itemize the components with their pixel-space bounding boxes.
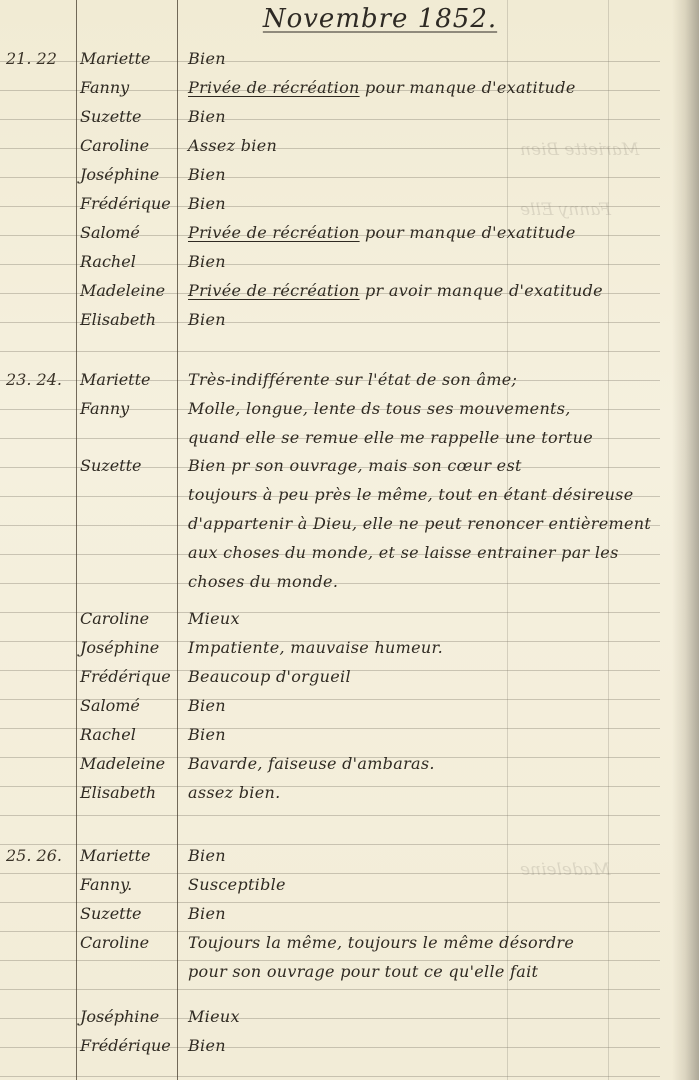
remark-text: pour manque d'exatitude bbox=[360, 223, 576, 242]
ledger-row: pour son ouvrage pour tout ce qu'elle fa… bbox=[0, 958, 690, 987]
student-name: Mariette bbox=[80, 49, 176, 68]
ledger-row: d'appartenir à Dieu, elle ne peut renonc… bbox=[0, 510, 690, 539]
remark-text: Bien bbox=[188, 49, 226, 68]
ledger-row: FrédériqueBien bbox=[0, 1032, 690, 1061]
remark-text: assez bien. bbox=[188, 783, 280, 802]
conduct-remark: Privée de récréation pour manque d'exati… bbox=[188, 223, 678, 242]
conduct-remark: Très-indifférente sur l'état de son âme; bbox=[188, 370, 678, 389]
conduct-remark: Bien bbox=[188, 1036, 678, 1055]
remark-text: quand elle se remue elle me rappelle une… bbox=[188, 428, 593, 447]
remark-text: Bavarde, faiseuse d'ambaras. bbox=[188, 754, 435, 773]
ruled-line bbox=[0, 351, 660, 352]
student-name: Elisabeth bbox=[80, 783, 176, 802]
student-name: Salomé bbox=[80, 223, 176, 242]
student-name: Rachel bbox=[80, 725, 176, 744]
remark-text: Beaucoup d'orgueil bbox=[188, 667, 351, 686]
remark-text: Très-indifférente sur l'état de son âme; bbox=[188, 370, 517, 389]
remark-text: Susceptible bbox=[188, 875, 286, 894]
remark-text: Bien bbox=[188, 904, 226, 923]
conduct-remark: Impatiente, mauvaise humeur. bbox=[188, 638, 678, 657]
ledger-row: MadeleineBavarde, faiseuse d'ambaras. bbox=[0, 750, 690, 779]
remark-text: d'appartenir à Dieu, elle ne peut renonc… bbox=[188, 514, 651, 533]
ledger-row: toujours à peu près le même, tout en éta… bbox=[0, 481, 690, 510]
remark-text: Bien bbox=[188, 194, 226, 213]
student-name: Joséphine bbox=[80, 1007, 176, 1026]
remark-text: choses du monde. bbox=[188, 572, 338, 591]
conduct-remark: Privée de récréation pr avoir manque d'e… bbox=[188, 281, 678, 300]
ledger-row: SaloméBien bbox=[0, 692, 690, 721]
student-name: Madeleine bbox=[80, 281, 176, 300]
conduct-remark: Privée de récréation pour manque d'exati… bbox=[188, 78, 678, 97]
conduct-remark: Bien bbox=[188, 49, 678, 68]
ledger-row: RachelBien bbox=[0, 248, 690, 277]
remark-text: pour son ouvrage pour tout ce qu'elle fa… bbox=[188, 962, 538, 981]
student-name: Frédérique bbox=[80, 1036, 176, 1055]
conduct-remark: Bien bbox=[188, 165, 678, 184]
student-name: Caroline bbox=[80, 609, 176, 628]
conduct-remark: Bien bbox=[188, 904, 678, 923]
ruled-line bbox=[0, 1076, 660, 1077]
ledger-row: CarolineAssez bien bbox=[0, 132, 690, 161]
ledger-row: choses du monde. bbox=[0, 568, 690, 597]
conduct-remark: Mieux bbox=[188, 1007, 678, 1026]
remark-text: pr avoir manque d'exatitude bbox=[360, 281, 603, 300]
student-name: Fanny bbox=[80, 399, 176, 418]
student-name: Mariette bbox=[80, 370, 176, 389]
ruled-line bbox=[0, 989, 660, 990]
remark-text: Assez bien bbox=[188, 136, 277, 155]
ledger-row: RachelBien bbox=[0, 721, 690, 750]
conduct-remark: Susceptible bbox=[188, 875, 678, 894]
remark-text: Bien bbox=[188, 310, 226, 329]
conduct-remark: choses du monde. bbox=[188, 572, 678, 591]
conduct-remark: Bien pr son ouvrage, mais son cœur est bbox=[188, 456, 678, 475]
page-title: Novembre 1852. bbox=[250, 4, 510, 34]
conduct-remark: Bavarde, faiseuse d'ambaras. bbox=[188, 754, 678, 773]
ledger-row: FrédériqueBeaucoup d'orgueil bbox=[0, 663, 690, 692]
remark-text: Bien bbox=[188, 1036, 226, 1055]
student-name: Elisabeth bbox=[80, 310, 176, 329]
ledger-row: 25. 26.MarietteBien bbox=[0, 842, 690, 871]
conduct-remark: aux choses du monde, et se laisse entrai… bbox=[188, 543, 678, 562]
ledger-row: SuzetteBien bbox=[0, 900, 690, 929]
ledger-row: CarolineMieux bbox=[0, 605, 690, 634]
entry-date: 23. 24. bbox=[6, 370, 76, 389]
student-name: Suzette bbox=[80, 904, 176, 923]
remark-text: toujours à peu près le même, tout en éta… bbox=[188, 485, 633, 504]
remark-text: aux choses du monde, et se laisse entrai… bbox=[188, 543, 619, 562]
remark-text: Toujours la même, toujours le même désor… bbox=[188, 933, 574, 952]
ledger-row: quand elle se remue elle me rappelle une… bbox=[0, 424, 690, 453]
conduct-remark: Bien bbox=[188, 846, 678, 865]
ledger-row: Elisabethassez bien. bbox=[0, 779, 690, 808]
remark-text: Bien bbox=[188, 696, 226, 715]
conduct-remark: Molle, longue, lente ds tous ses mouveme… bbox=[188, 399, 678, 418]
student-name: Salomé bbox=[80, 696, 176, 715]
ledger-row: 21. 22MarietteBien bbox=[0, 45, 690, 74]
student-name: Joséphine bbox=[80, 638, 176, 657]
ledger-row: JoséphineMieux bbox=[0, 1003, 690, 1032]
remark-underlined: Privée de récréation bbox=[188, 281, 360, 300]
ledger-page: Mariette Bien Fanny Elle Madeleine Novem… bbox=[0, 0, 699, 1080]
remark-text: Bien bbox=[188, 252, 226, 271]
ledger-row: 23. 24.MarietteTrès-indifférente sur l'é… bbox=[0, 366, 690, 395]
remark-text: Bien bbox=[188, 725, 226, 744]
conduct-remark: Bien bbox=[188, 194, 678, 213]
student-name: Fanny. bbox=[80, 875, 176, 894]
conduct-remark: assez bien. bbox=[188, 783, 678, 802]
ledger-row: MadeleinePrivée de récréation pr avoir m… bbox=[0, 277, 690, 306]
conduct-remark: Bien bbox=[188, 725, 678, 744]
student-name: Suzette bbox=[80, 107, 176, 126]
ledger-row: JoséphineBien bbox=[0, 161, 690, 190]
conduct-remark: Beaucoup d'orgueil bbox=[188, 667, 678, 686]
remark-underlined: Privée de récréation bbox=[188, 78, 360, 97]
ledger-row: FannyPrivée de récréation pour manque d'… bbox=[0, 74, 690, 103]
conduct-remark: Toujours la même, toujours le même désor… bbox=[188, 933, 678, 952]
ledger-row: FannyMolle, longue, lente ds tous ses mo… bbox=[0, 395, 690, 424]
conduct-remark: Bien bbox=[188, 252, 678, 271]
entry-date: 21. 22 bbox=[6, 49, 76, 68]
remark-text: pour manque d'exatitude bbox=[360, 78, 576, 97]
conduct-remark: d'appartenir à Dieu, elle ne peut renonc… bbox=[188, 514, 678, 533]
conduct-remark: toujours à peu près le même, tout en éta… bbox=[188, 485, 678, 504]
student-name: Frédérique bbox=[80, 667, 176, 686]
remark-text: Mieux bbox=[188, 1007, 240, 1026]
ledger-row: SuzetteBien bbox=[0, 103, 690, 132]
ledger-row: CarolineToujours la même, toujours le mê… bbox=[0, 929, 690, 958]
conduct-remark: Bien bbox=[188, 107, 678, 126]
student-name: Caroline bbox=[80, 933, 176, 952]
remark-text: Bien bbox=[188, 107, 226, 126]
remark-underlined: Privée de récréation bbox=[188, 223, 360, 242]
student-name: Suzette bbox=[80, 456, 176, 475]
conduct-remark: quand elle se remue elle me rappelle une… bbox=[188, 428, 678, 447]
student-name: Madeleine bbox=[80, 754, 176, 773]
student-name: Caroline bbox=[80, 136, 176, 155]
ledger-row: SaloméPrivée de récréation pour manque d… bbox=[0, 219, 690, 248]
remark-text: Molle, longue, lente ds tous ses mouveme… bbox=[188, 399, 571, 418]
conduct-remark: Assez bien bbox=[188, 136, 678, 155]
student-name: Mariette bbox=[80, 846, 176, 865]
ruled-line bbox=[0, 815, 660, 816]
ledger-row: FrédériqueBien bbox=[0, 190, 690, 219]
conduct-remark: Bien bbox=[188, 310, 678, 329]
student-name: Joséphine bbox=[80, 165, 176, 184]
conduct-remark: pour son ouvrage pour tout ce qu'elle fa… bbox=[188, 962, 678, 981]
ledger-row: aux choses du monde, et se laisse entrai… bbox=[0, 539, 690, 568]
remark-text: Mieux bbox=[188, 609, 240, 628]
conduct-remark: Bien bbox=[188, 696, 678, 715]
student-name: Frédérique bbox=[80, 194, 176, 213]
ledger-row: Fanny.Susceptible bbox=[0, 871, 690, 900]
conduct-remark: Mieux bbox=[188, 609, 678, 628]
remark-text: Impatiente, mauvaise humeur. bbox=[188, 638, 443, 657]
student-name: Fanny bbox=[80, 78, 176, 97]
student-name: Rachel bbox=[80, 252, 176, 271]
remark-text: Bien bbox=[188, 846, 226, 865]
ledger-row: SuzetteBien pr son ouvrage, mais son cœu… bbox=[0, 452, 690, 481]
entry-date: 25. 26. bbox=[6, 846, 76, 865]
remark-text: Bien bbox=[188, 165, 226, 184]
ledger-row: JoséphineImpatiente, mauvaise humeur. bbox=[0, 634, 690, 663]
ledger-row: ElisabethBien bbox=[0, 306, 690, 335]
remark-text: Bien pr son ouvrage, mais son cœur est bbox=[188, 456, 522, 475]
